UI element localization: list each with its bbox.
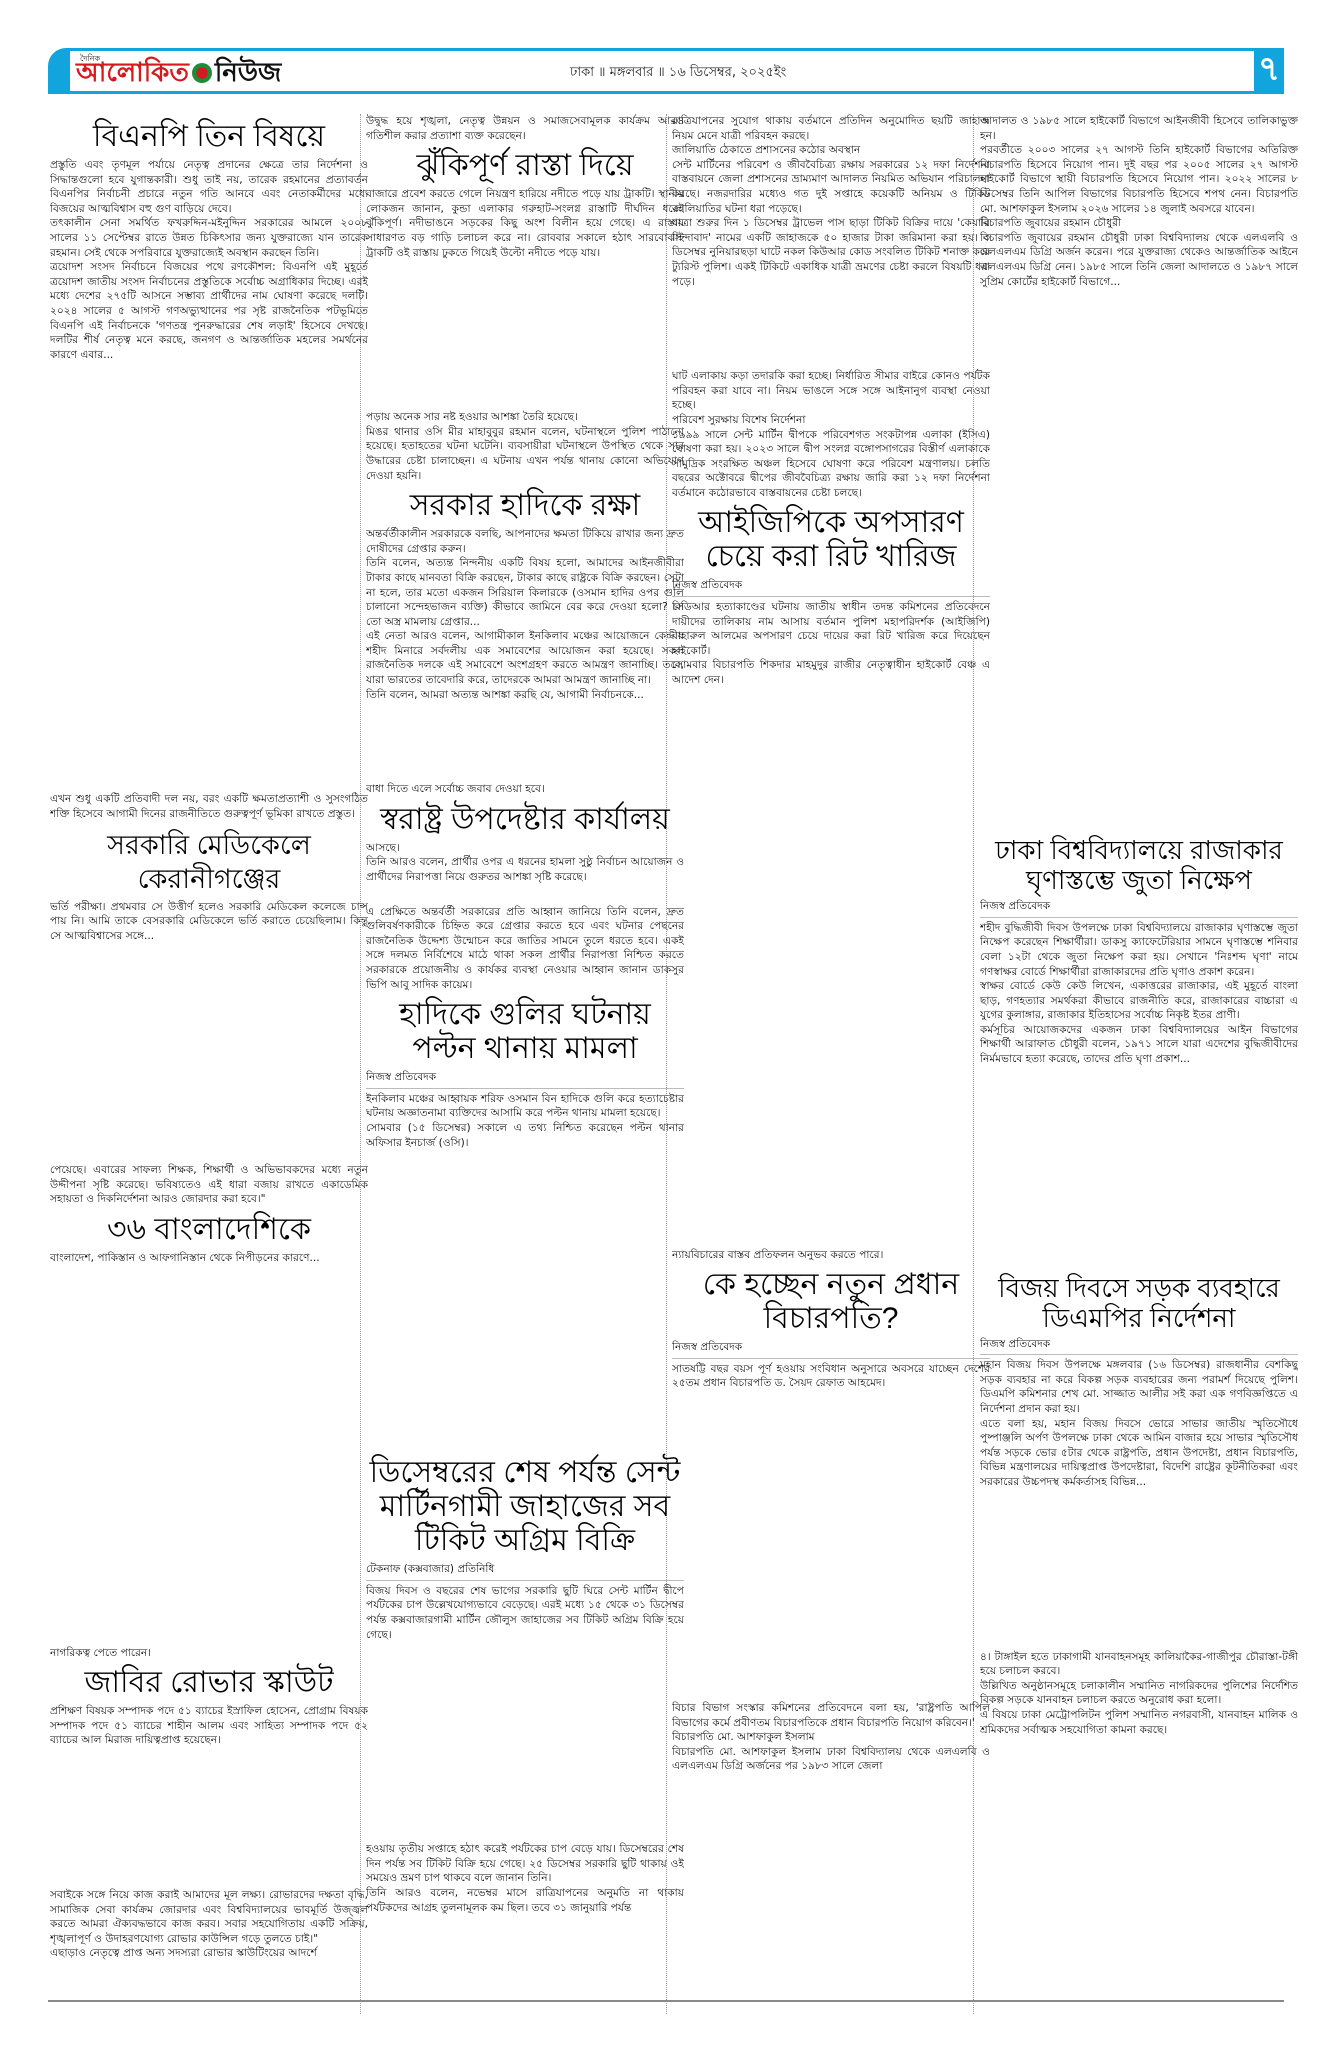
page-bottom-rule <box>48 2000 1284 2002</box>
article-bnp: বিএনপি তিন বিষয়ে প্রস্তুতি এবং তৃণমূল প… <box>50 120 368 822</box>
paragraph: তিনি বলেন, অত্যন্ত নিন্দনীয় একটি বিষয় … <box>366 556 684 629</box>
paragraph-filler <box>672 289 990 369</box>
paragraph: আসছে। <box>366 841 684 856</box>
paragraph: ন্যায়বিচারের বাস্তব প্রতিফলন অনুভব করতে… <box>672 1248 990 1263</box>
byline: নিজস্ব প্রতিবেদক <box>672 1340 990 1359</box>
paragraph: ইনকিলাব মঞ্চের আহ্বায়ক শরিফ ওসমান বিন হ… <box>366 1092 684 1121</box>
paragraph: সবাইকে সঙ্গে নিয়ে কাজ করাই আমাদের মূল ল… <box>50 1888 368 1946</box>
paragraph: মহান বিজয় দিবস উপলক্ষে মঙ্গলবার (১৬ ডিস… <box>980 1358 1298 1416</box>
headline: বিএনপি তিন বিষয়ে <box>50 120 368 154</box>
article-du-razakar: ঢাকা বিশ্ববিদ্যালয়ে রাজাকার ঘৃণাস্তম্ভে… <box>980 835 1298 1267</box>
paragraph: বাংলাদেশ, পাকিস্তান ও আফগানিস্তান থেকে ন… <box>50 1251 368 1266</box>
paragraph-filler <box>980 1067 1298 1267</box>
paragraph-filler <box>50 362 368 792</box>
logo-daily-label: দৈনিক <box>80 53 100 66</box>
paragraph: ৪। টাঙ্গাইল হতে ঢাকাগামী যানবাহনসমূহ কাল… <box>980 1650 1298 1679</box>
paragraph: যাত্রা শুরুর দিন ১ ডিসেম্বর ট্রাভেল পাস … <box>672 216 990 289</box>
paragraph: শহীদ বুদ্ধিজীবী দিবস উপলক্ষে ঢাকা বিশ্বব… <box>980 921 1298 979</box>
subheading: জালিয়াতি ঠেকাতে প্রশাসনের কঠোর অবস্থান <box>672 143 990 158</box>
paragraph: ১৯৯৯ সালে সেন্ট মার্টিন দ্বীপকে পরিবেশগত… <box>672 428 990 501</box>
paragraph: বিচারপতি জুবায়ের রহমান চৌধুরী ঢাকা বিশ্… <box>980 231 1298 289</box>
logo-emblem-icon <box>192 63 212 83</box>
headline: ডিসেম্বরের শেষ পর্যন্ত সেন্ট মার্টিনগামী… <box>366 1456 684 1558</box>
paragraph-filler <box>980 289 1298 829</box>
article-paltan-case: হাদিকে গুলির ঘটনায় পল্টন থানায় মামলা ন… <box>366 998 684 1450</box>
paragraph: তিনি আরও বলেন, নভেম্বর মাসে রাত্রিযাপনের… <box>366 1886 684 1915</box>
headline: আইজিপিকে অপসারণ চেয়ে করা রিট খারিজ <box>672 506 990 574</box>
paragraph: সেন্ট মার্টিনের পরিবেশ ও জীববৈচিত্র্য রক… <box>672 158 990 216</box>
paragraph: সোমবার (১৫ ডিসেম্বর) সকালে এ তথ্য নিশ্চি… <box>366 1121 684 1150</box>
paragraph: মিঙর থানার ওসি মীর মাহাবুবুর রহমান বলেন,… <box>366 425 684 483</box>
paragraph: নাগরিকত্ব পেতে পারেন। <box>50 1646 368 1661</box>
paragraph: সোমবার বিচারপতি শিকদার মাহমুদুর রাজীর নে… <box>672 658 990 687</box>
paragraph-filler <box>366 702 684 782</box>
headline: কে হচ্ছেন নতুন প্রধান বিচারপতি? <box>672 1268 990 1336</box>
headline: ৩৬ বাংলাদেশিকে <box>50 1213 368 1247</box>
headline: সরকারি মেডিকেলে কেরানীগঞ্জের <box>50 828 368 896</box>
paragraph: হওয়ায় তৃতীয় সপ্তাহে হঠাৎ করেই পর্যটকে… <box>366 1842 684 1886</box>
paragraph: ত্রয়োদশ সংসদ নির্বাচনে বিজয়ের পথে রণকৌ… <box>50 260 368 362</box>
paragraph-filler <box>366 1150 684 1450</box>
paragraph-filler <box>980 1490 1298 1650</box>
byline: নিজস্ব প্রতিবেদক <box>366 1070 684 1089</box>
paragraph: বিচারপতি মো. আশফাকুল ইসলাম ঢাকা বিশ্ববিদ… <box>672 1745 990 1774</box>
paragraph: এই নেতা আরও বলেন, আগামীকাল ইনকিলাব মঞ্চে… <box>366 629 684 687</box>
paragraph: স্বাক্ষর বোর্ডে কেউ কেউ লিখেন, একাত্তরের… <box>980 979 1298 1023</box>
column-1: বিএনপি তিন বিষয়ে প্রস্তুতি এবং তৃণমূল প… <box>50 114 368 2022</box>
paragraph-filler <box>366 1642 684 1842</box>
headline: স্বরাষ্ট্র উপদেষ্টার কার্যালয় <box>366 803 684 837</box>
column-3: রাত্রিযাপনের সুযোগ থাকায় বর্তমানে প্রতি… <box>672 114 990 2022</box>
headline: ঢাকা বিশ্ববিদ্যালয়ে রাজাকার ঘৃণাস্তম্ভে… <box>980 835 1298 895</box>
paragraph: ঘাট এলাকায় কড়া তদারকি করা হচ্ছে। নির্ধ… <box>672 369 990 413</box>
article-chief-justice-continued: আদালত ও ১৯৮৫ সালে হাইকোর্ট বিভাগে আইনজীব… <box>980 114 1298 829</box>
byline: নিজস্ব প্রতিবেদক <box>980 899 1298 918</box>
paragraph: পেয়েছে। এবারের সাফল্য শিক্ষক, শিক্ষার্থ… <box>50 1163 368 1207</box>
masthead: দৈনিক আলোকিত নিউজ ঢাকা ॥ মঙ্গলবার ॥ ১৬ ড… <box>48 48 1284 94</box>
headline: জাবির রোভার স্কাউট <box>50 1666 368 1700</box>
article-st-martin-continued: রাত্রিযাপনের সুযোগ থাকায় বর্তমানে প্রতি… <box>672 114 990 500</box>
paragraph: বাধা দিতে এলে সর্বোচ্চ জবাব দেওয়া হবে। <box>366 782 684 797</box>
paragraph: ভর্তি পরীক্ষা। প্রথমবার সে উত্তীর্ণ হলেও… <box>50 900 368 944</box>
paragraph-filler <box>366 260 684 410</box>
paragraph-filler <box>672 688 990 1248</box>
paragraph: আদালত ও ১৯৮৫ সালে হাইকোর্ট বিভাগে আইনজীব… <box>980 114 1298 143</box>
paragraph: কর্মসূচির আয়োজকদের একজন ঢাকা বিশ্ববিদ্য… <box>980 1023 1298 1067</box>
article-hadi-protection: সরকার হাদিকে রক্ষা অন্তর্বর্তীকালীন সরকা… <box>366 489 684 797</box>
article-jabi-rover: জাবির রোভার স্কাউট প্রশিক্ষণ বিষয়ক সম্প… <box>50 1666 368 1961</box>
article-risky-road: ঝুঁকিপূর্ণ রাস্তা দিয়ে বাজারে প্রবেশ কর… <box>366 149 684 483</box>
paragraph: বাজারে প্রবেশ করতে গেলে নিয়ন্ত্রণ হারিয… <box>366 187 684 260</box>
paragraph: তিনি আরও বলেন, প্রার্থীর ওপর এ ধরনের হাম… <box>366 855 684 884</box>
paragraph: পরবর্তীতে ২০০৩ সালের ২৭ আগস্ট তিনি হাইকো… <box>980 143 1298 216</box>
article-36-bangladeshi: ৩৬ বাংলাদেশিকে বাংলাদেশ, পাকিস্তান ও আফগ… <box>50 1213 368 1660</box>
headline: ঝুঁকিপূর্ণ রাস্তা দিয়ে <box>366 149 684 183</box>
byline: নিজস্ব প্রতিবেদক <box>672 578 990 597</box>
article-st-martin-tickets: ডিসেম্বরের শেষ পর্যন্ত সেন্ট মার্টিনগামী… <box>366 1456 684 1915</box>
paragraph: উদ্বুদ্ধ হয়ে শৃঙ্খলা, নেতৃত্ব উন্নয়ন ও… <box>366 114 684 143</box>
subheading: পরিবেশ সুরক্ষায় বিশেষ নির্দেশনা <box>672 413 990 428</box>
paragraph-filler <box>50 1266 368 1646</box>
column-2: উদ্বুদ্ধ হয়ে শৃঙ্খলা, নেতৃত্ব উন্নয়ন ও… <box>366 114 684 2022</box>
subheading: বিচারপতি মো. আশফাকুল ইসলাম <box>672 1730 990 1745</box>
dateline: ঢাকা ॥ মঙ্গলবার ॥ ১৬ ডিসেম্বর, ২০২৫ইং <box>570 63 786 84</box>
article-medical: সরকারি মেডিকেলে কেরানীগঞ্জের ভর্তি পরীক্… <box>50 828 368 1208</box>
headline: বিজয় দিবসে সড়ক ব্যবহারে ডিএমপির নির্দে… <box>980 1273 1298 1333</box>
article-igp-writ: আইজিপিকে অপসারণ চেয়ে করা রিট খারিজ নিজস… <box>672 506 990 1262</box>
byline: টেকনাফ (কক্সবাজার) প্রতিনিধি <box>366 1562 684 1581</box>
paragraph: বিচার বিভাগ সংস্কার কমিশনের প্রতিবেদনে ব… <box>672 1701 990 1730</box>
headline: সরকার হাদিকে রক্ষা <box>366 489 684 523</box>
paragraph: তৎকালীন সেনা সমর্থিত ফখরুদ্দিন-মইনুদ্দিন… <box>50 216 368 260</box>
paragraph: অন্তর্বর্তীকালীন সরকারকে বলছি, আপনাদের ক… <box>366 527 684 556</box>
byline: নিজস্ব প্রতিবেদক <box>980 1337 1298 1356</box>
paragraph: তিনি বলেন, আমরা অত্যন্ত আশঙ্কা করছি যে, … <box>366 688 684 703</box>
paragraph: প্রশিক্ষণ বিষয়ক সম্পাদক পদে ৫১ ব্যাচের … <box>50 1704 368 1748</box>
paragraph-filler <box>50 1748 368 1888</box>
logo-name-black: নিউজ <box>215 55 281 91</box>
article-home-adviser: স্বরাষ্ট্র উপদেষ্টার কার্যালয় আসছে। তিন… <box>366 803 684 992</box>
column-4: আদালত ও ১৯৮৫ সালে হাইকোর্ট বিভাগে আইনজীব… <box>980 114 1298 2022</box>
newspaper-logo: দৈনিক আলোকিত নিউজ <box>76 51 281 91</box>
paragraph: বিজয় দিবস ও বছরের শেষ ভাগের সরকারি ছুটি… <box>366 1584 684 1642</box>
paragraph-filler <box>50 943 368 1163</box>
paragraph: এছাড়াও নেতৃত্বে প্রাপ্ত অন্য সদস্যরা রো… <box>50 1946 368 1961</box>
paragraph: বিডিআর হত্যাকাণ্ডের ঘটনায় জাতীয় স্বাধী… <box>672 600 990 658</box>
paragraph: উল্লিখিত অনুষ্ঠানসমূহে চলাকালীন সম্মানিত… <box>980 1679 1298 1708</box>
article-dmp-directive: বিজয় দিবসে সড়ক ব্যবহারে ডিএমপির নির্দে… <box>980 1273 1298 1738</box>
paragraph: এখন শুধু একটি প্রতিবাদী দল নয়, বরং একটি… <box>50 792 368 821</box>
page-number: ৭ <box>1254 48 1284 94</box>
paragraph: পড়ায় অনেক সার নষ্ট হওয়ার আশঙ্কা তৈরি … <box>366 410 684 425</box>
paragraph: প্রস্তুতি এবং তৃণমূল পর্যায়ে নেতৃত্ব প্… <box>50 158 368 216</box>
paragraph: এ প্রেক্ষিতে অন্তর্বর্তী সরকারের প্রতি আ… <box>366 905 684 993</box>
paragraph: রাত্রিযাপনের সুযোগ থাকায় বর্তমানে প্রতি… <box>672 114 990 143</box>
paragraph-filler <box>366 885 684 905</box>
article-chief-justice: কে হচ্ছেন নতুন প্রধান বিচারপতি? নিজস্ব প… <box>672 1268 990 1774</box>
paragraph: সাতষট্টি বছর বয়স পূর্ণ হওয়ায় সংবিধান … <box>672 1362 990 1391</box>
paragraph: এ বিষয়ে ঢাকা মেট্রোপলিটন পুলিশ সম্মানিত… <box>980 1708 1298 1737</box>
paragraph-filler <box>672 1391 990 1701</box>
subheading: বিচারপতি জুবায়ের রহমান চৌধুরী <box>980 216 1298 231</box>
paragraph: এতে বলা হয়, মহান বিজয় দিবসে ভোরে সাভার… <box>980 1417 1298 1490</box>
headline: হাদিকে গুলির ঘটনায় পল্টন থানায় মামলা <box>366 998 684 1066</box>
